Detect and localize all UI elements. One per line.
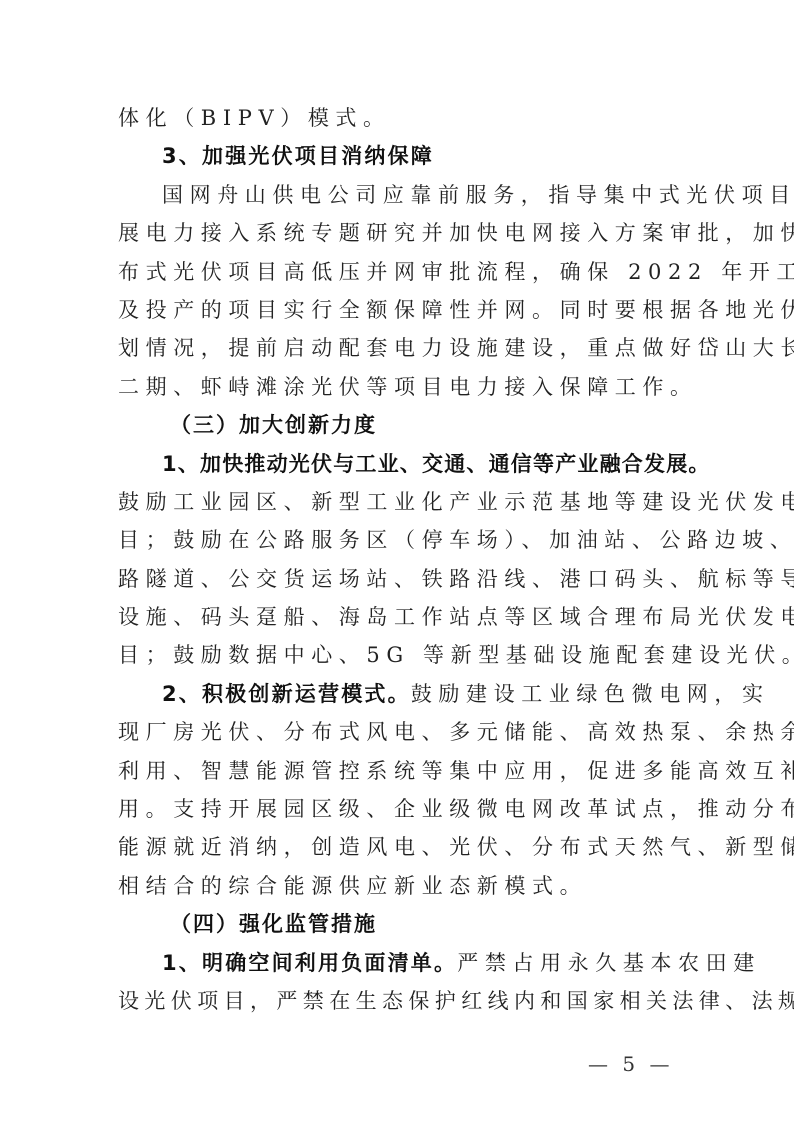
subheading-strengthen-pv-consumption: 3、加强光伏项目消纳保障 xyxy=(118,137,676,175)
section-heading-innovation: （三）加大创新力度 xyxy=(118,406,676,444)
body-line: 展电力接入系统专题研究并加快电网接入方案审批，加快分 xyxy=(118,214,676,252)
body-line: 目；鼓励数据中心、5G 等新型基础设施配套建设光伏。 xyxy=(118,636,676,674)
subheading-industry-integration: 1、加快推动光伏与工业、交通、通信等产业融合发展。 xyxy=(118,445,676,483)
inline-body-text: 严禁占用永久基本农田建 xyxy=(457,951,761,975)
inline-heading-negative-list: 1、明确空间利用负面清单。 xyxy=(162,951,457,975)
body-line: 体化（BIPV）模式。 xyxy=(118,99,676,137)
body-line: 利用、智慧能源管控系统等集中应用，促进多能高效互补利 xyxy=(118,752,676,790)
body-line: 目；鼓励在公路服务区（停车场）、加油站、公路边坡、公 xyxy=(118,521,676,559)
body-line: 布式光伏项目高低压并网审批流程，确保 2022 年开工建设 xyxy=(118,253,676,291)
document-page: 体化（BIPV）模式。 3、加强光伏项目消纳保障 国网舟山供电公司应靠前服务，指… xyxy=(118,99,676,1020)
inline-body-text: 鼓励建设工业绿色微电网，实 xyxy=(411,682,770,706)
body-line: 二期、虾峙滩涂光伏等项目电力接入保障工作。 xyxy=(118,368,676,406)
section-heading-supervision: （四）强化监管措施 xyxy=(118,905,676,943)
body-line: 鼓励工业园区、新型工业化产业示范基地等建设光伏发电项 xyxy=(118,483,676,521)
body-line: 路隧道、公交货运场站、铁路沿线、港口码头、航标等导航 xyxy=(118,560,676,598)
body-line: 用。支持开展园区级、企业级微电网改革试点，推动分布式 xyxy=(118,790,676,828)
body-line: 能源就近消纳，创造风电、光伏、分布式天然气、新型储能 xyxy=(118,828,676,866)
body-line: 国网舟山供电公司应靠前服务，指导集中式光伏项目开 xyxy=(118,176,676,214)
mixed-line-operation-mode: 2、积极创新运营模式。鼓励建设工业绿色微电网，实 xyxy=(118,675,676,713)
mixed-line-negative-list: 1、明确空间利用负面清单。严禁占用永久基本农田建 xyxy=(118,944,676,982)
inline-heading-operation-mode: 2、积极创新运营模式。 xyxy=(162,682,411,706)
body-line: 划情况，提前启动配套电力设施建设，重点做好岱山大长涂 xyxy=(118,329,676,367)
body-line: 设施、码头趸船、海岛工作站点等区域合理布局光伏发电项 xyxy=(118,598,676,636)
body-line: 相结合的综合能源供应新业态新模式。 xyxy=(118,867,676,905)
body-line: 现厂房光伏、分布式风电、多元储能、高效热泵、余热余压 xyxy=(118,713,676,751)
body-line: 及投产的项目实行全额保障性并网。同时要根据各地光伏谋 xyxy=(118,291,676,329)
page-number: — 5 — xyxy=(588,1052,673,1076)
body-line: 设光伏项目，严禁在生态保护红线内和国家相关法律、法规、 xyxy=(118,982,676,1020)
